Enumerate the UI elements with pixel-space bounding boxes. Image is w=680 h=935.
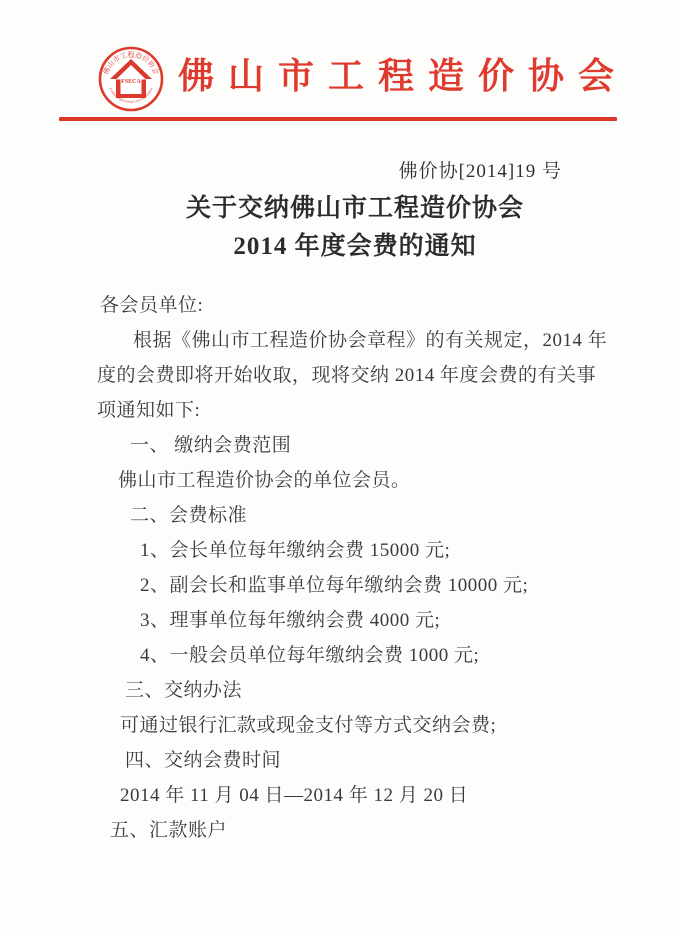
- body-line: 四、交纳会费时间: [97, 743, 620, 778]
- document-body: 各会员单位:根据《佛山市工程造价协会章程》的有关规定，2014 年度的会费即将开…: [97, 288, 620, 848]
- body-line: 可通过银行汇款或现金支付等方式交纳会费;: [97, 708, 620, 743]
- body-line: 三、交纳办法: [97, 673, 620, 708]
- body-line: 4、一般会员单位每年缴纳会费 1000 元;: [97, 638, 620, 673]
- body-line: 1、会长单位每年缴纳会费 15000 元;: [97, 533, 620, 568]
- body-line: 3、理事单位每年缴纳会费 4000 元;: [97, 603, 620, 638]
- body-line: 2014 年 11 月 04 日—2014 年 12 月 20 日: [97, 778, 620, 813]
- body-line: 项通知如下:: [97, 393, 620, 428]
- association-name: 佛山市工程造价协会: [178, 54, 628, 98]
- association-logo-icon: 佛山市工程造价协会 FSECA Foshan Engineering Cost …: [97, 45, 165, 113]
- letterhead-divider: [59, 117, 617, 121]
- document-number: 佛价协[2014]19 号: [399, 156, 562, 183]
- logo-house-text: FSECA: [121, 79, 141, 85]
- body-line: 各会员单位:: [97, 288, 620, 323]
- document-page: 佛山市工程造价协会 FSECA Foshan Engineering Cost …: [0, 0, 680, 935]
- body-line: 佛山市工程造价协会的单位会员。: [97, 463, 620, 498]
- title-line-1: 关于交纳佛山市工程造价协会: [30, 190, 680, 228]
- document-title: 关于交纳佛山市工程造价协会 2014 年度会费的通知: [30, 190, 680, 266]
- body-line: 根据《佛山市工程造价协会章程》的有关规定，2014 年: [97, 323, 620, 358]
- body-line: 一、 缴纳会费范围: [97, 428, 620, 463]
- title-line-2: 2014 年度会费的通知: [30, 228, 680, 266]
- body-line: 二、会费标准: [97, 498, 620, 533]
- body-line: 2、副会长和监事单位每年缴纳会费 10000 元;: [97, 568, 620, 603]
- body-line: 度的会费即将开始收取，现将交纳 2014 年度会费的有关事: [97, 358, 620, 393]
- body-line: 五、汇款账户: [97, 813, 620, 848]
